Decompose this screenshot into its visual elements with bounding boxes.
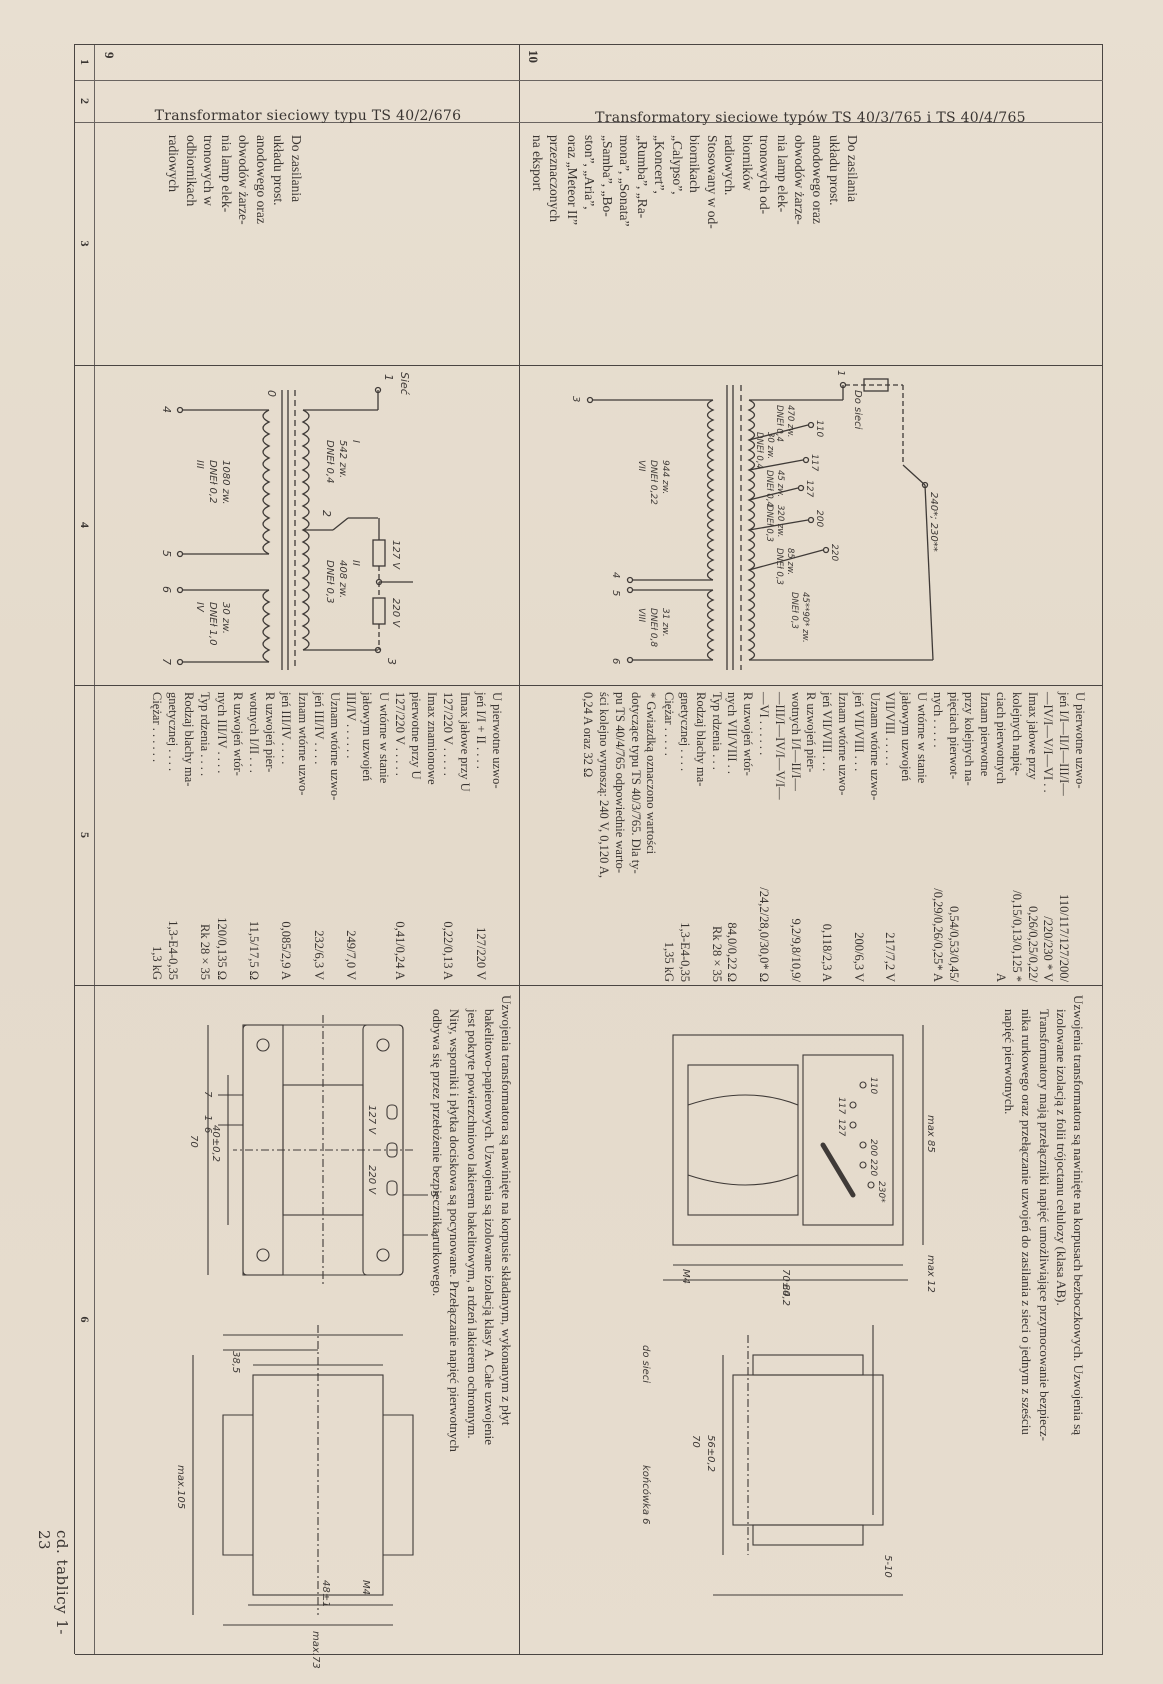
dim-38-5: 38,5 <box>230 1351 241 1373</box>
winding-I-turns: 542 zw. <box>337 440 348 478</box>
winding-I-id: I <box>350 440 361 443</box>
schematic-diagram: 1 3 4 5 6 Do sieci 240*; 230** 110 117 1… <box>533 370 963 680</box>
column-header-6: 6 <box>77 985 92 1654</box>
column-header-5: 5 <box>77 685 92 985</box>
spec-line: jałowym uzwojeń <box>359 692 375 980</box>
svg-text:DNEł 0,8: DNEł 0,8 <box>648 608 658 647</box>
terminal-0: 0 <box>265 390 278 397</box>
dim-max73: max.73 <box>310 1631 321 1669</box>
spec-line: wotnych I/II . . .11,5/17,5 Ω <box>246 692 262 980</box>
spec-line: Typ rdzenia . . . .Rk 28 × 35 <box>197 692 213 980</box>
winding-IV-id: IV <box>194 602 205 613</box>
terminal-4: 4 <box>160 406 173 413</box>
lead-7: 7 <box>202 1091 213 1098</box>
sel-220: 220 <box>868 1159 878 1176</box>
svg-text:DNEł 0,3: DNEł 0,3 <box>764 505 774 542</box>
col3-col4-divider <box>75 365 1103 366</box>
terminal-5: 5 <box>610 590 621 596</box>
row-title: Transformator sieciowy typu TS 40/2/676 <box>103 108 513 124</box>
sel-127: 127 <box>836 1119 846 1136</box>
dim-m4: M4 <box>680 1269 691 1284</box>
specs-cell: U pierwotne uzwo- jeń I/I + II . . . .12… <box>149 692 505 980</box>
tap-200: 200 <box>814 510 824 527</box>
spec-line: R uzwojeń pier- <box>262 692 278 980</box>
winding-III: 45 zw. <box>775 470 785 497</box>
fuse-label-127: 127 V <box>390 540 401 570</box>
col5-col6-divider <box>75 985 1103 986</box>
col4-col5-divider <box>75 685 1103 686</box>
description-cell: Uzwojenia transformatora są nawinięte na… <box>429 995 515 1452</box>
spec-line: Rodzaj blachy ma- <box>181 692 197 980</box>
terminal-3: 3 <box>570 396 581 402</box>
spec-line: jeń I/I + II . . . .127/220 V <box>473 692 489 980</box>
sel-230: 230* <box>876 1181 886 1203</box>
spec-line: Imax jałowe przy U <box>456 692 472 980</box>
terminal-1: 1 <box>382 374 395 381</box>
svg-text:DNEł 0,4: DNEł 0,4 <box>774 405 784 442</box>
terminal-6: 6 <box>160 586 173 593</box>
winding-II-wire: DNEł 0,3 <box>324 560 335 603</box>
header-bottom-border <box>94 44 95 1654</box>
tap-220: 220 <box>829 544 839 561</box>
dim-max12: max 12 <box>925 1255 936 1293</box>
svg-text:DNEł 0,4: DNEł 0,4 <box>754 432 764 469</box>
winding-III-id: III <box>194 460 205 469</box>
svg-text:VII: VII <box>636 460 646 472</box>
sel-117: 117 <box>836 1097 846 1114</box>
svg-text:DNEł 0,3: DNEł 0,3 <box>789 592 799 629</box>
tap-117: 117 <box>809 454 819 471</box>
spec-line: jeń III/IV . . . .232/6,3 V <box>311 692 327 980</box>
mains-label: Sieć <box>398 372 411 396</box>
winding-II-id: II <box>350 560 361 566</box>
tap-110: 110 <box>814 420 824 437</box>
dim-70: 70 <box>690 1435 701 1448</box>
dim-56: 56±0,2 <box>705 1435 716 1472</box>
sel-200: 200 <box>868 1139 878 1156</box>
winding-III-turns: 1080 zw. <box>220 460 231 505</box>
lead-1: 1 <box>202 1115 213 1121</box>
svg-text:DNEł 0,3: DNEł 0,3 <box>774 548 784 585</box>
spec-line: pierwotne przy U <box>408 692 424 980</box>
col1-col2-divider <box>75 80 1103 81</box>
spec-line: gnetycznej . . . .1,3-E4-0,35 <box>165 692 181 980</box>
sel-110: 110 <box>868 1077 878 1094</box>
column-header-3: 3 <box>77 122 92 365</box>
column-header-2: 2 <box>77 80 92 122</box>
terminal-1: 1 <box>835 370 846 376</box>
spec-line: jeń III/IV . . . .0,085/2,9 A <box>278 692 294 980</box>
tap-127: 127 <box>804 480 814 497</box>
terminal-2: 2 <box>320 510 333 517</box>
spec-line: Uznam wtórne uzwo- <box>327 692 343 980</box>
fuse-label-220: 220 V <box>390 598 401 628</box>
winding-II: 30 zw. <box>765 432 775 459</box>
winding-VIII: 31 zw. <box>660 608 670 637</box>
row-number: 9 <box>101 52 117 59</box>
lead-6: 6 <box>202 1127 213 1133</box>
winding-I-wire: DNEł 0,4 <box>324 440 335 483</box>
svg-text:DNEł 0,22: DNEł 0,22 <box>648 460 658 505</box>
spec-line: U pierwotne uzwo- <box>489 692 505 980</box>
spec-line: Iznam wtórne uzwo- <box>294 692 310 980</box>
dim-max85: max 85 <box>925 1115 936 1153</box>
selector-label: 240*; 230** <box>928 492 939 552</box>
dim-70: 70 <box>188 1135 199 1148</box>
winding-VII: 944 zw. <box>660 460 670 494</box>
svg-text:VIII: VIII <box>636 608 646 622</box>
table-right-border <box>75 1654 1103 1655</box>
label-do-sieci: do sieci <box>640 1345 651 1383</box>
column-header-1: 1 <box>77 44 92 80</box>
terminal-5: 5 <box>160 550 173 557</box>
terminal-7: 7 <box>160 658 173 665</box>
continuation-label: cd. tablicy 1-23 <box>35 1530 71 1650</box>
dimension-drawing: 70 40±0,2 127 V 220 V max.105 max.73 38,… <box>103 995 423 1645</box>
dim-5-10: 5-10 <box>882 1555 893 1578</box>
spec-line: III/IV . . . . . .249/7,0 V <box>343 692 359 980</box>
rotated-table-page: cd. tablicy 1-23 1 2 3 4 5 6 9 Transform… <box>0 0 1163 1684</box>
winding-IV-turns: 30 zw. <box>220 602 231 634</box>
winding-III-wire: DNEł 0,2 <box>207 460 218 503</box>
spec-line: U wtórne w stanie <box>375 692 391 980</box>
col1-left-border <box>75 44 1103 45</box>
terminal-4: 4 <box>610 572 621 578</box>
dim-48: 48±1 <box>320 1580 331 1607</box>
dim-m4: M4 <box>360 1580 371 1595</box>
purpose-cell: Do zasilaniaukładu prost.anodowego oraz … <box>529 135 862 229</box>
label-koncowka-6: końcówka 6 <box>640 1465 652 1525</box>
terminal-6: 6 <box>610 658 621 664</box>
footnote: * Gwiazdką oznaczono wartości dotyczące … <box>580 692 659 982</box>
schematic-diagram: 1 0 2 3 4 5 6 7 Sieć 127 V 220 V I 542 z… <box>103 370 513 680</box>
column-header-4: 4 <box>77 365 92 685</box>
row-number: 10 <box>525 50 541 63</box>
plate-127: 127 V <box>366 1105 377 1135</box>
specs-cell: U pierwotne uzwo- jeń I/I—II/I—III/I—110… <box>580 692 1088 982</box>
winding-V: 85 zw. <box>785 548 795 575</box>
svg-text:DNEł 0,4: DNEł 0,4 <box>764 470 774 507</box>
spec-line: Imax znamionowe <box>424 692 440 980</box>
spec-line: 127/220 V . . . . .0,22/0,13 A <box>440 692 456 980</box>
table-top-border <box>74 44 75 1654</box>
row-title: Transformatory sieciowe typów TS 40/3/76… <box>528 110 1093 126</box>
dim-84: 84 <box>780 1284 791 1297</box>
terminal-3: 3 <box>385 658 398 665</box>
mains-label: Do sieci <box>852 390 863 430</box>
purpose-cell: Do zasilaniaukładu prost.anodowego oraz … <box>165 135 305 225</box>
winding-I: 470 zw. <box>785 405 795 438</box>
description-cell: Uzwojenia transformatora są nawinięte na… <box>1001 995 1087 1441</box>
table-bottom-border <box>1102 44 1103 1654</box>
winding-IV: 320 zw. <box>775 505 785 538</box>
dimension-drawing: max 85 max 12 70±0,2 84 M4 110 117 127 2… <box>603 995 963 1645</box>
dim-max105: max.105 <box>175 1465 186 1509</box>
spec-line: 127/220 V . . . . .0,41/0,24 A <box>392 692 408 980</box>
spec-line: Ciężar . . . . . .1,3 kG <box>149 692 165 980</box>
spec-line: nych III/IV . . . .120/0,135 Ω <box>213 692 229 980</box>
plate-220: 220 V <box>366 1165 377 1195</box>
winding-II-turns: 408 zw. <box>337 560 348 598</box>
row-divider <box>519 44 520 1654</box>
winding-VI: 45**90* zw. <box>800 592 810 643</box>
spec-line: R uzwojeń wtór- <box>230 692 246 980</box>
winding-IV-wire: DNEł 1,0 <box>207 602 218 645</box>
